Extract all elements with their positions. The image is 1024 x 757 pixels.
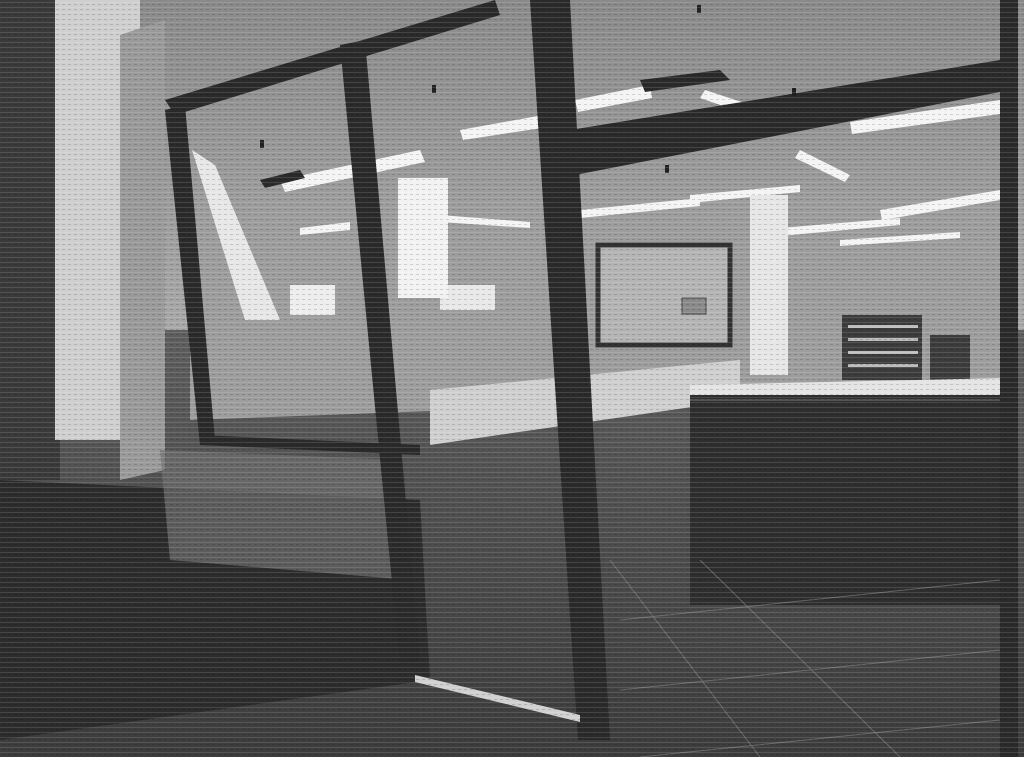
scan-texture: [0, 0, 1024, 757]
office-scene: [0, 0, 1024, 757]
office-photograph: Grainy black-and-white photocopied photo…: [0, 0, 1024, 757]
